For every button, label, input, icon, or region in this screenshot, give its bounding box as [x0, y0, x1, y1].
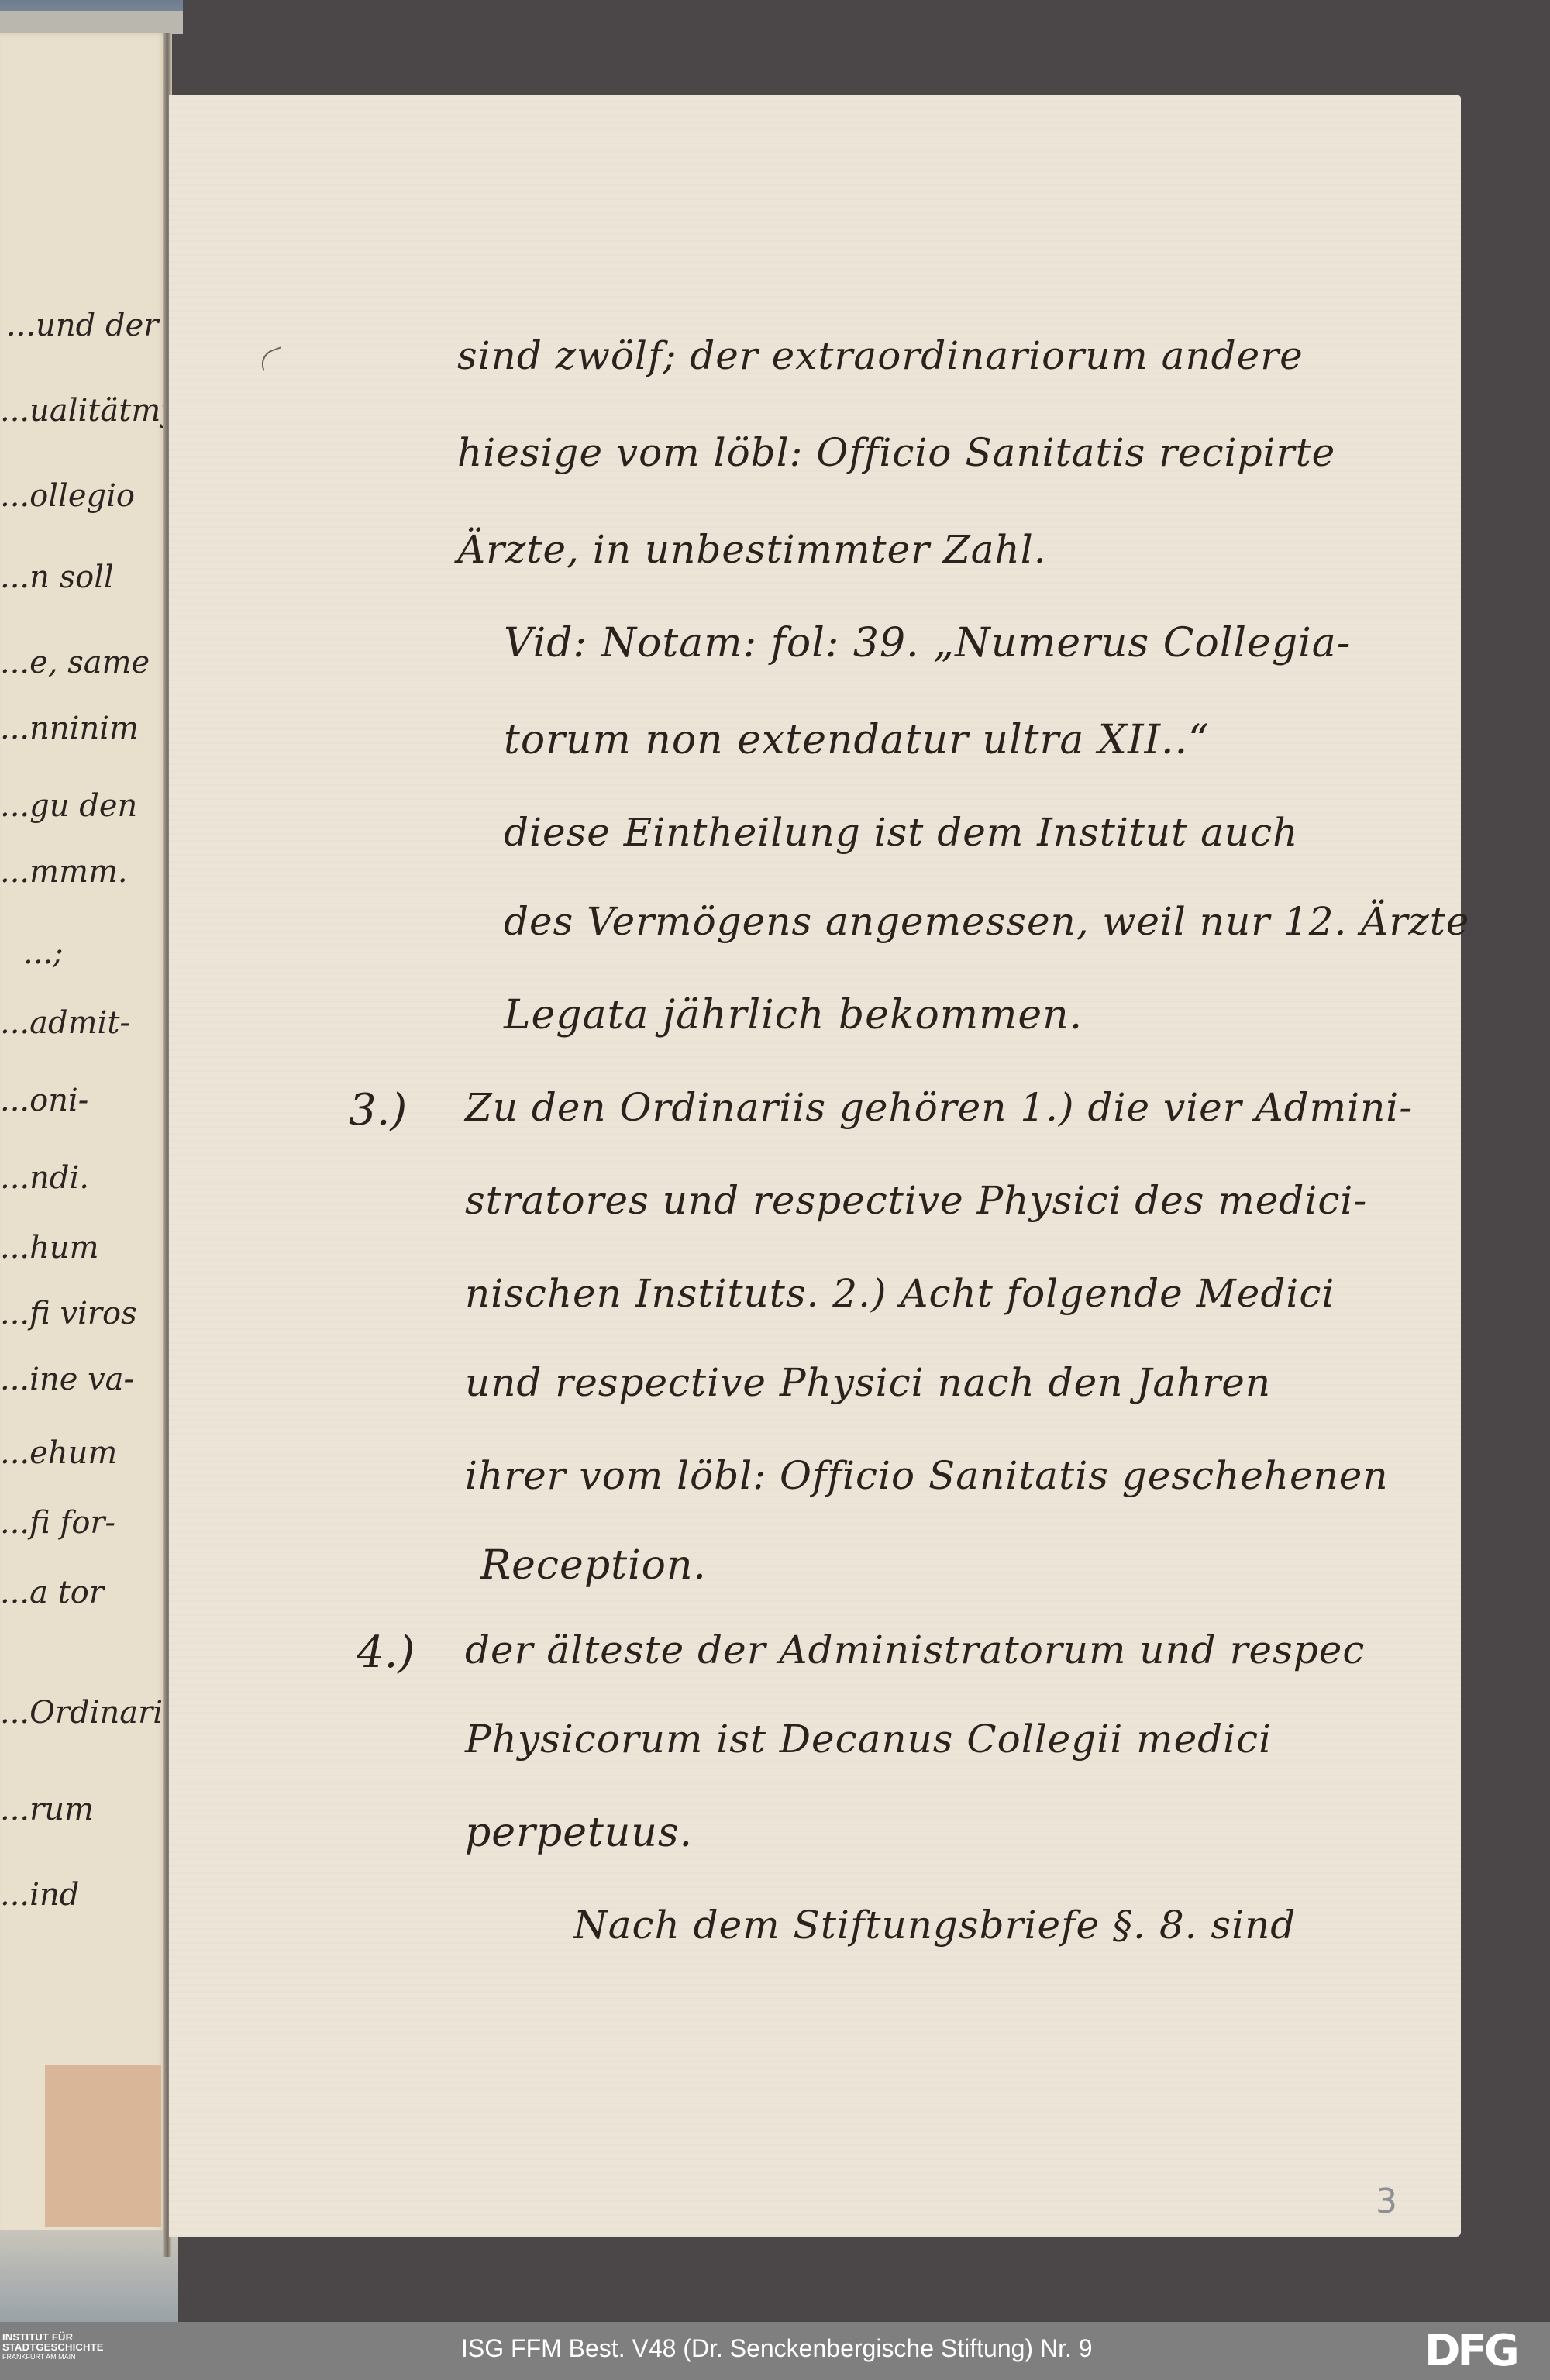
left-page-fragment: ...e, same — [0, 645, 150, 680]
left-page-fragment: ...; — [23, 935, 64, 971]
manuscript-line: perpetuus. — [465, 1810, 693, 1856]
left-page-fragment: ...fi for- — [0, 1505, 115, 1541]
left-page-fragment: ...rum — [0, 1792, 94, 1827]
manuscript-line: ihrer vom löbl: Officio Sanitatis gesche… — [465, 1453, 1389, 1498]
paper-repair-patch — [45, 2065, 161, 2227]
left-page-fragment: ...ollegio — [0, 478, 135, 514]
institution-line-3: FRANKFURT AM MAIN — [2, 2352, 104, 2362]
manuscript-line: Zu den Ordinariis gehören 1.) die vier A… — [465, 1085, 1413, 1130]
left-page-fragment: ...Ordinaria — [0, 1695, 181, 1731]
document-title: ISG FFM Best. V48 (Dr. Senckenbergische … — [461, 2334, 1093, 2363]
manuscript-line: Reception. — [480, 1542, 707, 1589]
manuscript-line: Physicorum ist Decanus Collegii medici — [465, 1717, 1272, 1762]
left-page-fragment: ...und der — [6, 308, 158, 343]
dfg-logo: DFG — [1424, 2330, 1517, 2373]
left-page-fragment: ...oni- — [0, 1083, 88, 1118]
left-page-fragment: ...nninim — [0, 711, 139, 746]
left-page-fragment: ...a tor — [0, 1575, 104, 1610]
institution-logo: INSTITUT FÜR STADTGESCHICHTE FRANKFURT A… — [2, 2332, 104, 2362]
manuscript-line: und respective Physici nach den Jahren — [465, 1360, 1271, 1405]
left-page-fragment: ...mmm. — [0, 854, 128, 890]
left-page-fragment: ...ine va- — [0, 1362, 134, 1397]
manuscript-line: der älteste der Administratorum und resp… — [465, 1627, 1365, 1672]
manuscript-line: Vid: Notam: fol: 39. „Numerus Collegia- — [504, 620, 1351, 666]
left-page: ...und der ...ualitätmy ...ollegio ...n … — [0, 33, 167, 2257]
binding-strip — [0, 11, 183, 34]
left-page-fragment: ...fi viros — [0, 1296, 137, 1331]
manuscript-line: Ärzte, in unbestimmter Zahl. — [457, 527, 1047, 572]
institution-line-2: STADTGESCHICHTE — [2, 2342, 104, 2352]
manuscript-line: torum non extendatur ultra XII..“ — [504, 717, 1210, 763]
folio-number: 3 — [1376, 2182, 1397, 2221]
manuscript-line: des Vermögens angemessen, weil nur 12. Ä… — [504, 899, 1469, 944]
manuscript-line: Legata jährlich bekommen. — [504, 992, 1083, 1038]
manuscript-line: diese Eintheilung ist dem Institut auch — [504, 810, 1298, 855]
manuscript-line: nischen Instituts. 2.) Acht folgende Med… — [465, 1271, 1335, 1316]
document-viewer: ...und der ...ualitätmy ...ollegio ...n … — [0, 0, 1550, 2322]
left-page-fragment: ...ualitätmy — [0, 393, 178, 429]
left-page-fragment: ...admit- — [0, 1005, 130, 1041]
left-page-fragment: ...ind — [0, 1877, 79, 1913]
manuscript-line: sind zwölf; der extraordinariorum andere — [457, 333, 1304, 378]
left-page-fragment: ...ndi. — [0, 1160, 89, 1196]
footer-bar: INSTITUT FÜR STADTGESCHICHTE FRANKFURT A… — [0, 2322, 1550, 2380]
item-number: 4.) — [356, 1627, 415, 1678]
left-page-fragment: ...n soll — [0, 560, 114, 595]
left-page-fragment: ...gu den — [0, 788, 137, 824]
manuscript-line: Nach dem Stiftungsbriefe §. 8. sind — [573, 1903, 1296, 1948]
binding-bottom-edge — [0, 2230, 178, 2322]
manuscript-line: hiesige vom löbl: Officio Sanitatis reci… — [457, 430, 1335, 475]
item-number: 3.) — [349, 1085, 407, 1135]
left-page-fragment: ...ehum — [0, 1435, 117, 1471]
manuscript-line: stratores und respective Physici des med… — [465, 1178, 1367, 1223]
left-page-fragment: ...hum — [0, 1230, 99, 1266]
